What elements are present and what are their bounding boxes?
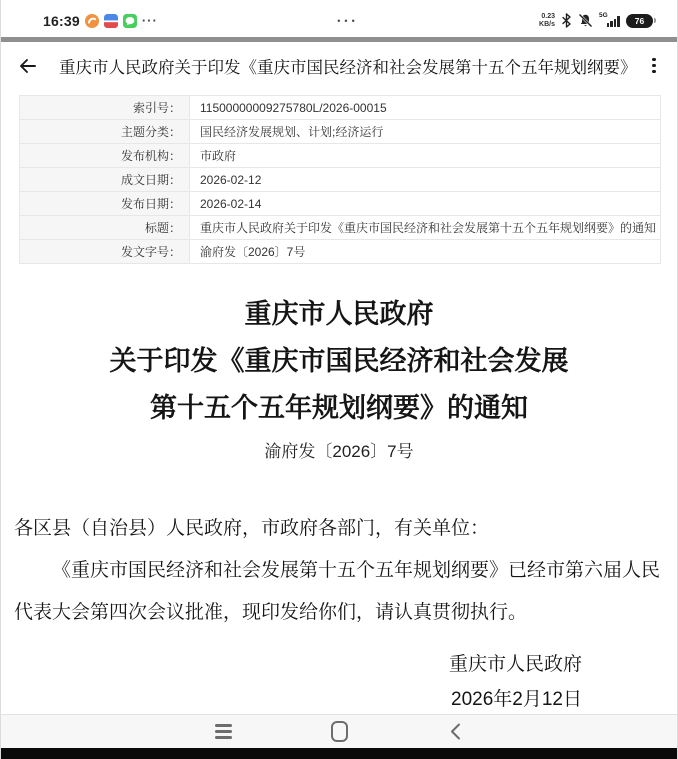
table-row: 成文日期： 2026-02-12 [20,168,661,192]
document-metadata-table: 索引号： 11500000009275780L/2026-00015 主题分类：… [19,95,661,264]
document-title-line: 重庆市人民政府 [1,291,677,338]
meta-label: 发文字号： [20,240,190,264]
signature-block: 重庆市人民政府 2026年2月12日 [1,647,677,717]
meta-label: 索引号： [20,96,190,120]
table-row: 发布日期： 2026-02-14 [20,192,661,216]
table-row: 发文字号： 渝府发〔2026〕7号 [20,240,661,264]
document-title: 重庆市人民政府 关于印发《重庆市国民经济和社会发展 第十五个五年规划纲要》的通知 [1,291,677,432]
status-bar: 16:39 ··· ••• 0.23 KB/s [1,0,677,37]
signal-bars-icon [607,16,620,27]
battery-percent: 76 [635,16,644,26]
document-number: 渝府发〔2026〕7号 [1,437,677,462]
meta-value: 国民经济发展规划、计划;经济运行 [189,120,660,144]
table-row: 主题分类： 国民经济发展规划、计划;经济运行 [20,120,661,144]
menu-lines-icon [215,724,232,738]
document-body: 各区县（自治县）人民政府，市政府各部门，有关单位： 《重庆市国民经济和社会发展第… [14,508,663,634]
bluetooth-icon [561,13,572,28]
document-title-line: 关于印发《重庆市国民经济和社会发展 [1,338,677,385]
meta-label: 标题： [20,216,190,240]
back-arrow-icon [18,57,38,75]
meta-label: 发布日期： [20,192,190,216]
mute-bell-icon [578,13,593,28]
meta-label: 发布机构： [20,144,190,168]
signature-date: 2026年2月12日 [1,682,582,717]
meta-value: 2026-02-14 [189,192,660,216]
battery-indicator: 76 [626,14,653,28]
status-bar-left: 16:39 ··· [43,13,253,29]
table-row: 索引号： 11500000009275780L/2026-00015 [20,96,661,120]
chevron-left-icon [450,723,461,740]
table-row: 发布机构： 市政府 [20,144,661,168]
table-row: 标题： 重庆市人民政府关于印发《重庆市国民经济和社会发展第十五个五年规划纲要》的… [20,216,661,240]
meta-value: 市政府 [189,144,660,168]
notification-app-icon-blue-red [104,14,118,28]
meta-value: 2026-02-12 [189,168,660,192]
signature-name: 重庆市人民政府 [1,647,582,682]
salutation-line: 各区县（自治县）人民政府，市政府各部门，有关单位： [14,508,663,550]
network-speed-indicator: 0.23 KB/s [539,13,555,28]
document-title-line: 第十五个五年规划纲要》的通知 [1,385,677,432]
android-nav-bar [1,714,677,748]
kebab-dot [652,64,655,67]
meta-value: 渝府发〔2026〕7号 [189,240,660,264]
network-speed-unit: KB/s [539,21,555,29]
kebab-dot [652,70,655,73]
kebab-dot [652,58,655,61]
more-menu-button[interactable] [645,55,663,77]
phone-screen: 16:39 ··· ••• 0.23 KB/s [0,0,678,759]
recents-button[interactable] [211,720,235,744]
notification-overflow-dots: ··· [142,16,158,26]
meta-label: 主题分类： [20,120,190,144]
camera-cutout-dots: ••• [253,16,443,26]
nav-back-button[interactable] [443,720,467,744]
home-square-icon [331,721,348,742]
notification-app-icon-green-chat [123,14,137,28]
cellular-signal-icon: 5G [599,13,620,28]
page-title: 重庆市人民政府关于印发《重庆市国民经济和社会发展第十五个五年规划纲要》的... [59,54,637,78]
clock: 16:39 [43,13,80,29]
screen-bottom-strip [1,748,677,759]
notification-app-icon-orange [85,14,99,28]
meta-label: 成文日期： [20,168,190,192]
status-bar-right: 0.23 KB/s 5G 76 [443,13,653,28]
home-button[interactable] [327,720,351,744]
app-header: 重庆市人民政府关于印发《重庆市国民经济和社会发展第十五个五年规划纲要》的... [1,42,677,89]
network-speed-value: 0.23 [541,13,555,21]
meta-value: 重庆市人民政府关于印发《重庆市国民经济和社会发展第十五个五年规划纲要》的通知 [189,216,660,240]
body-paragraph: 《重庆市国民经济和社会发展第十五个五年规划纲要》已经市第六届人民代表大会第四次会… [14,550,663,634]
meta-value: 11500000009275780L/2026-00015 [189,96,660,120]
back-button[interactable] [15,53,41,79]
